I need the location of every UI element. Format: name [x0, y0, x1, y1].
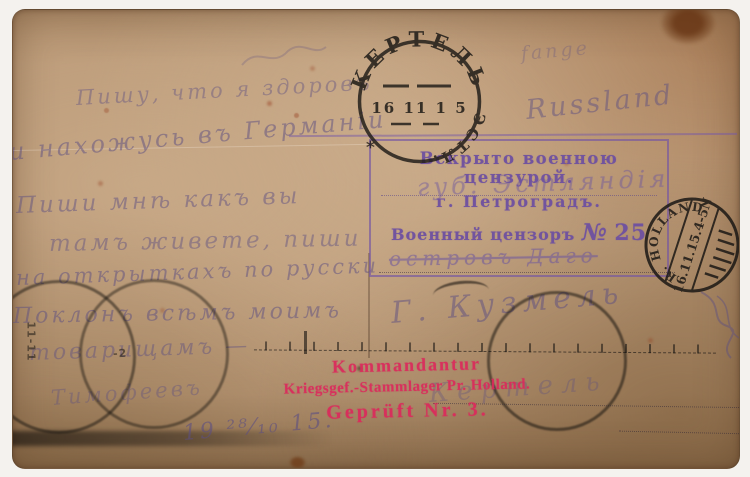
handwriting-crossed-address: островъ Даго: [389, 243, 598, 271]
postmark-town-text: КЕРТЕЛЬ: [347, 29, 492, 94]
camp-stamp-line3: Geprüft Nr. 3.: [271, 397, 543, 426]
camp-stamp-line2: Kriegsgef.-Stammlager Pr. Holland.: [271, 376, 543, 399]
svg-text:КЕРТЕЛЬ: КЕРТЕЛЬ: [347, 29, 492, 94]
censor-label: Военный цензоръ: [391, 225, 575, 244]
svg-text:ЭСТЛ.: ЭСТЛ.: [429, 111, 490, 171]
faded-postmark-ring: [79, 279, 229, 429]
handwriting-message-line: Пиши мнѣ какъ вы: [16, 183, 301, 219]
dotted-rule-line: [619, 431, 740, 435]
faded-postmark-date-fragment: 11-11: [25, 321, 38, 361]
handwriting-message-line: Пишу, что я здоровъ: [75, 70, 373, 110]
camp-stamp-line1: Kommandantur: [270, 352, 542, 379]
postmark-hatch-segment: [705, 231, 740, 281]
camp-commandant-stamp: Kommandantur Kriegsgef.-Stammlager Pr. H…: [270, 352, 543, 426]
foxing-spots: [13, 10, 16, 13]
numero-sign: №: [582, 219, 608, 246]
handwriting-message-line: тамъ живете, пиши: [49, 226, 362, 257]
handwriting-destination-fragment: fange: [520, 37, 591, 65]
stain-top-right: [661, 9, 715, 44]
postmark-district-text: ЭСТЛ.: [429, 111, 490, 171]
postmark-date-text: 16 11 1 5: [371, 99, 467, 117]
kertel-postmark: КЕРТЕЛЬ ЭСТЛ. 16 11 1 5: [347, 29, 492, 174]
censor-stamp-censor-line: Военный цензоръ № 25: [371, 219, 667, 246]
scanned-postcard-photo: fange Russland Пишу, что я здоровъ и нах…: [0, 0, 750, 477]
stain-bottom: [289, 456, 306, 469]
address-rule-line: [254, 341, 716, 353]
pr-holland-postmark: PR. HOLLAND, 16.11.15.4-5N: [629, 182, 740, 308]
handwriting-flourish-icon: [238, 35, 328, 75]
postcard: fange Russland Пишу, что я здоровъ и нах…: [12, 9, 740, 469]
handwriting-country: Russland: [524, 80, 675, 126]
faded-postmark-date-fragment: -2: [113, 347, 128, 361]
